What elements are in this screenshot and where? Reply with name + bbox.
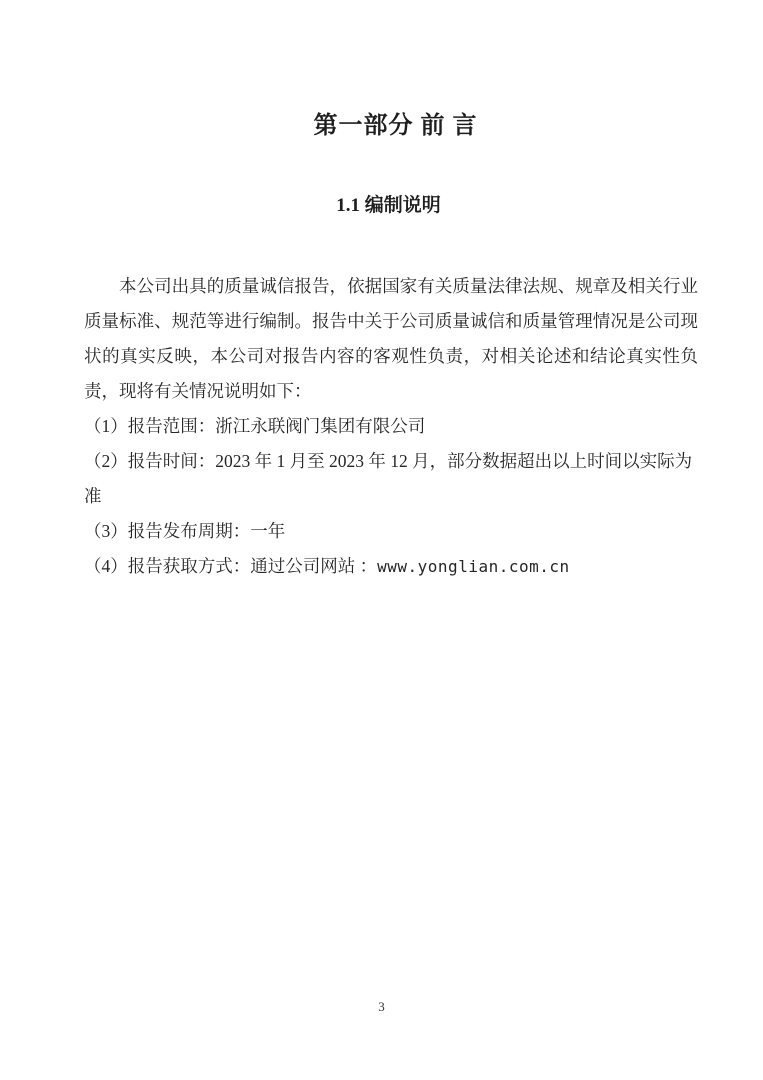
list-item-release-cycle: （3）报告发布周期：一年 — [84, 514, 698, 549]
intro-paragraph: 本公司出具的质量诚信报告，依据国家有关质量法律法规、规章及相关行业质量标准、规范… — [84, 269, 698, 409]
company-website-url: www.yonglian.com.cn — [377, 557, 570, 576]
page-number: 3 — [0, 998, 763, 1016]
list-item-report-period: （2）报告时间：2023 年 1 月至 2023 年 12 月，部分数据超出以上… — [84, 444, 698, 514]
document-page: 第一部分 前 言 1.1 编制说明 本公司出具的质量诚信报告，依据国家有关质量法… — [0, 0, 763, 1080]
body-text-block: 本公司出具的质量诚信报告，依据国家有关质量法律法规、规章及相关行业质量标准、规范… — [84, 269, 698, 584]
list-item-access-method: （4）报告获取方式：通过公司网站 ：www.yonglian.com.cn — [84, 549, 698, 584]
part-title: 第一部分 前 言 — [14, 112, 763, 140]
list-item-access-method-label: （4）报告获取方式：通过公司网站 ： — [84, 556, 377, 576]
section-title: 1.1 编制说明 — [7, 195, 763, 217]
list-item-report-scope: （1）报告范围：浙江永联阀门集团有限公司 — [84, 409, 698, 444]
